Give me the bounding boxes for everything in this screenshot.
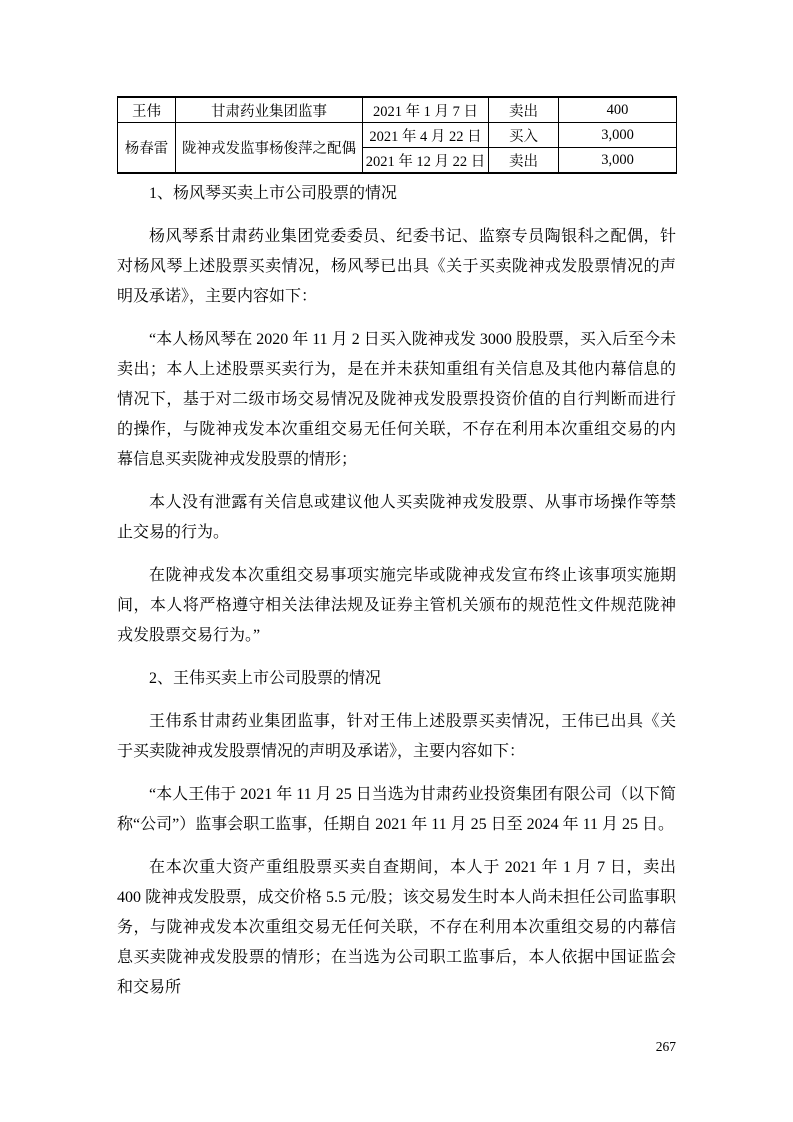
cell-trade-date: 2021 年 4 月 22 日: [363, 123, 489, 148]
paragraph: 杨风琴系甘肃药业集团党委委员、纪委书记、监察专员陶银科之配偶，针对杨风琴上述股票…: [117, 222, 676, 312]
section-heading-2: 2、王伟买卖上市公司股票的情况: [117, 664, 676, 694]
cell-identity: 陇神戎发监事杨俊萍之配偶: [176, 123, 363, 174]
share-trading-table: 王伟 甘肃药业集团监事 2021 年 1 月 7 日 卖出 400 杨春雷 陇神…: [117, 96, 677, 174]
page-content: 王伟 甘肃药业集团监事 2021 年 1 月 7 日 卖出 400 杨春雷 陇神…: [117, 96, 676, 1016]
cell-trade-date: 2021 年 12 月 22 日: [363, 148, 489, 174]
cell-trade-direction: 卖出: [489, 97, 559, 123]
cell-trade-date: 2021 年 1 月 7 日: [363, 97, 489, 123]
cell-person-name: 杨春雷: [118, 123, 176, 174]
cell-trade-shares: 400: [559, 97, 677, 123]
table-row: 王伟 甘肃药业集团监事 2021 年 1 月 7 日 卖出 400: [118, 97, 677, 123]
paragraph: 在本次重大资产重组股票买卖自查期间，本人于 2021 年 1 月 7 日，卖出 …: [117, 853, 676, 1003]
document-page: 王伟 甘肃药业集团监事 2021 年 1 月 7 日 卖出 400 杨春雷 陇神…: [0, 0, 793, 1122]
paragraph: 王伟系甘肃药业集团监事，针对王伟上述股票买卖情况，王伟已出具《关于买卖陇神戎发股…: [117, 707, 676, 767]
paragraph: 本人没有泄露有关信息或建议他人买卖陇神戎发股票、从事市场操作等禁止交易的行为。: [117, 488, 676, 548]
cell-identity: 甘肃药业集团监事: [176, 97, 363, 123]
cell-trade-direction: 买入: [489, 123, 559, 148]
paragraph: 在陇神戎发本次重组交易事项实施完毕或陇神戎发宣布终止该事项实施期间，本人将严格遵…: [117, 561, 676, 651]
section-heading-1: 1、杨风琴买卖上市公司股票的情况: [117, 179, 676, 209]
cell-trade-shares: 3,000: [559, 123, 677, 148]
cell-person-name: 王伟: [118, 97, 176, 123]
paragraph: “本人杨风琴在 2020 年 11 月 2 日买入陇神戎发 3000 股股票，买…: [117, 325, 676, 475]
page-number: 267: [656, 1038, 676, 1056]
paragraph: “本人王伟于 2021 年 11 月 25 日当选为甘肃药业投资集团有限公司（以…: [117, 780, 676, 840]
table-row: 杨春雷 陇神戎发监事杨俊萍之配偶 2021 年 4 月 22 日 买入 3,00…: [118, 123, 677, 148]
cell-trade-shares: 3,000: [559, 148, 677, 174]
cell-trade-direction: 卖出: [489, 148, 559, 174]
